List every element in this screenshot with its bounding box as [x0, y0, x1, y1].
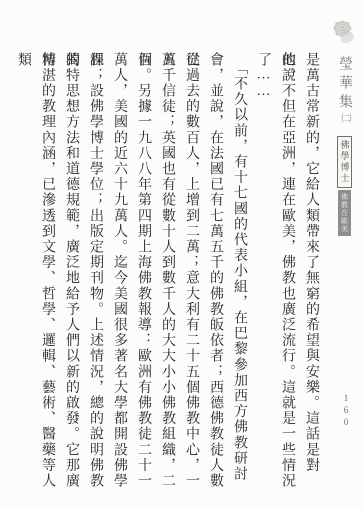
text-block: 是萬古常新的，它給人類帶來了無窮的希望與安樂。這話是對的。他說不但在亞洲，連在歐…: [35, 52, 323, 504]
text-column: 個。另據一九八八年第四期上海佛教報導：歐洲有佛教徒二十一: [131, 52, 155, 504]
text-column: 從過去的數百人，上增到二萬；意大利有二十五個佛教中心，一萬: [179, 52, 203, 504]
text-column: 精湛的教理內涵，已滲透到文學、哲學、邏輯、藝術、醫藥等人類: [35, 52, 59, 504]
section-badge: 佛教在歐美: [338, 190, 351, 236]
text-column: 了……: [251, 52, 275, 504]
page-number: 1 6 0: [340, 392, 352, 428]
running-head: 瑩華集㈡ 佛學博士 佛教在歐美: [330, 18, 358, 236]
text-column: 會，並說，在法國已有七萬五千的佛教皈依者；西德佛教徒人數已: [203, 52, 227, 504]
author-label-box: 佛學博士: [337, 136, 352, 188]
book-title: 瑩華集㈡: [337, 56, 351, 125]
page-number-digit: 6: [340, 404, 352, 416]
book-page: 瑩華集㈡ 佛學博士 佛教在歐美 1 6 0 是萬古常新的，它給人類帶來了無窮的希…: [0, 0, 363, 510]
text-column: 是萬古常新的，它給人類帶來了無窮的希望與安樂。這話是對的。: [299, 52, 323, 504]
text-column: 程；設佛學博士學位；出版定期刊物。上述情況，總的說明佛教的: [83, 52, 107, 504]
page-number-digit: 1: [340, 392, 352, 404]
text-column: 五千信徒；英國也有從數十人到數千人的大大小小佛教組織，二百: [155, 52, 179, 504]
text-column: 他說不但在亞洲，連在歐美，佛教也廣泛流行。這就是一些情況: [275, 52, 299, 504]
text-column: 萬人，美國的近六十九萬人。迄今美國很多著名大學都開設佛學課: [107, 52, 131, 504]
book-title-text: 瑩華集: [337, 56, 352, 113]
volume-mark: ㈡: [339, 113, 350, 125]
page-number-digit: 0: [340, 416, 352, 428]
seal-stamp-icon: [331, 18, 357, 48]
text-column: 「不久以前，有十七國的代表小組，在巴黎參加西方佛教研討: [227, 52, 251, 504]
text-column: 獨特思想方法和道德規範，廣泛地給予人們以新的啟發。它那廣博: [59, 52, 83, 504]
